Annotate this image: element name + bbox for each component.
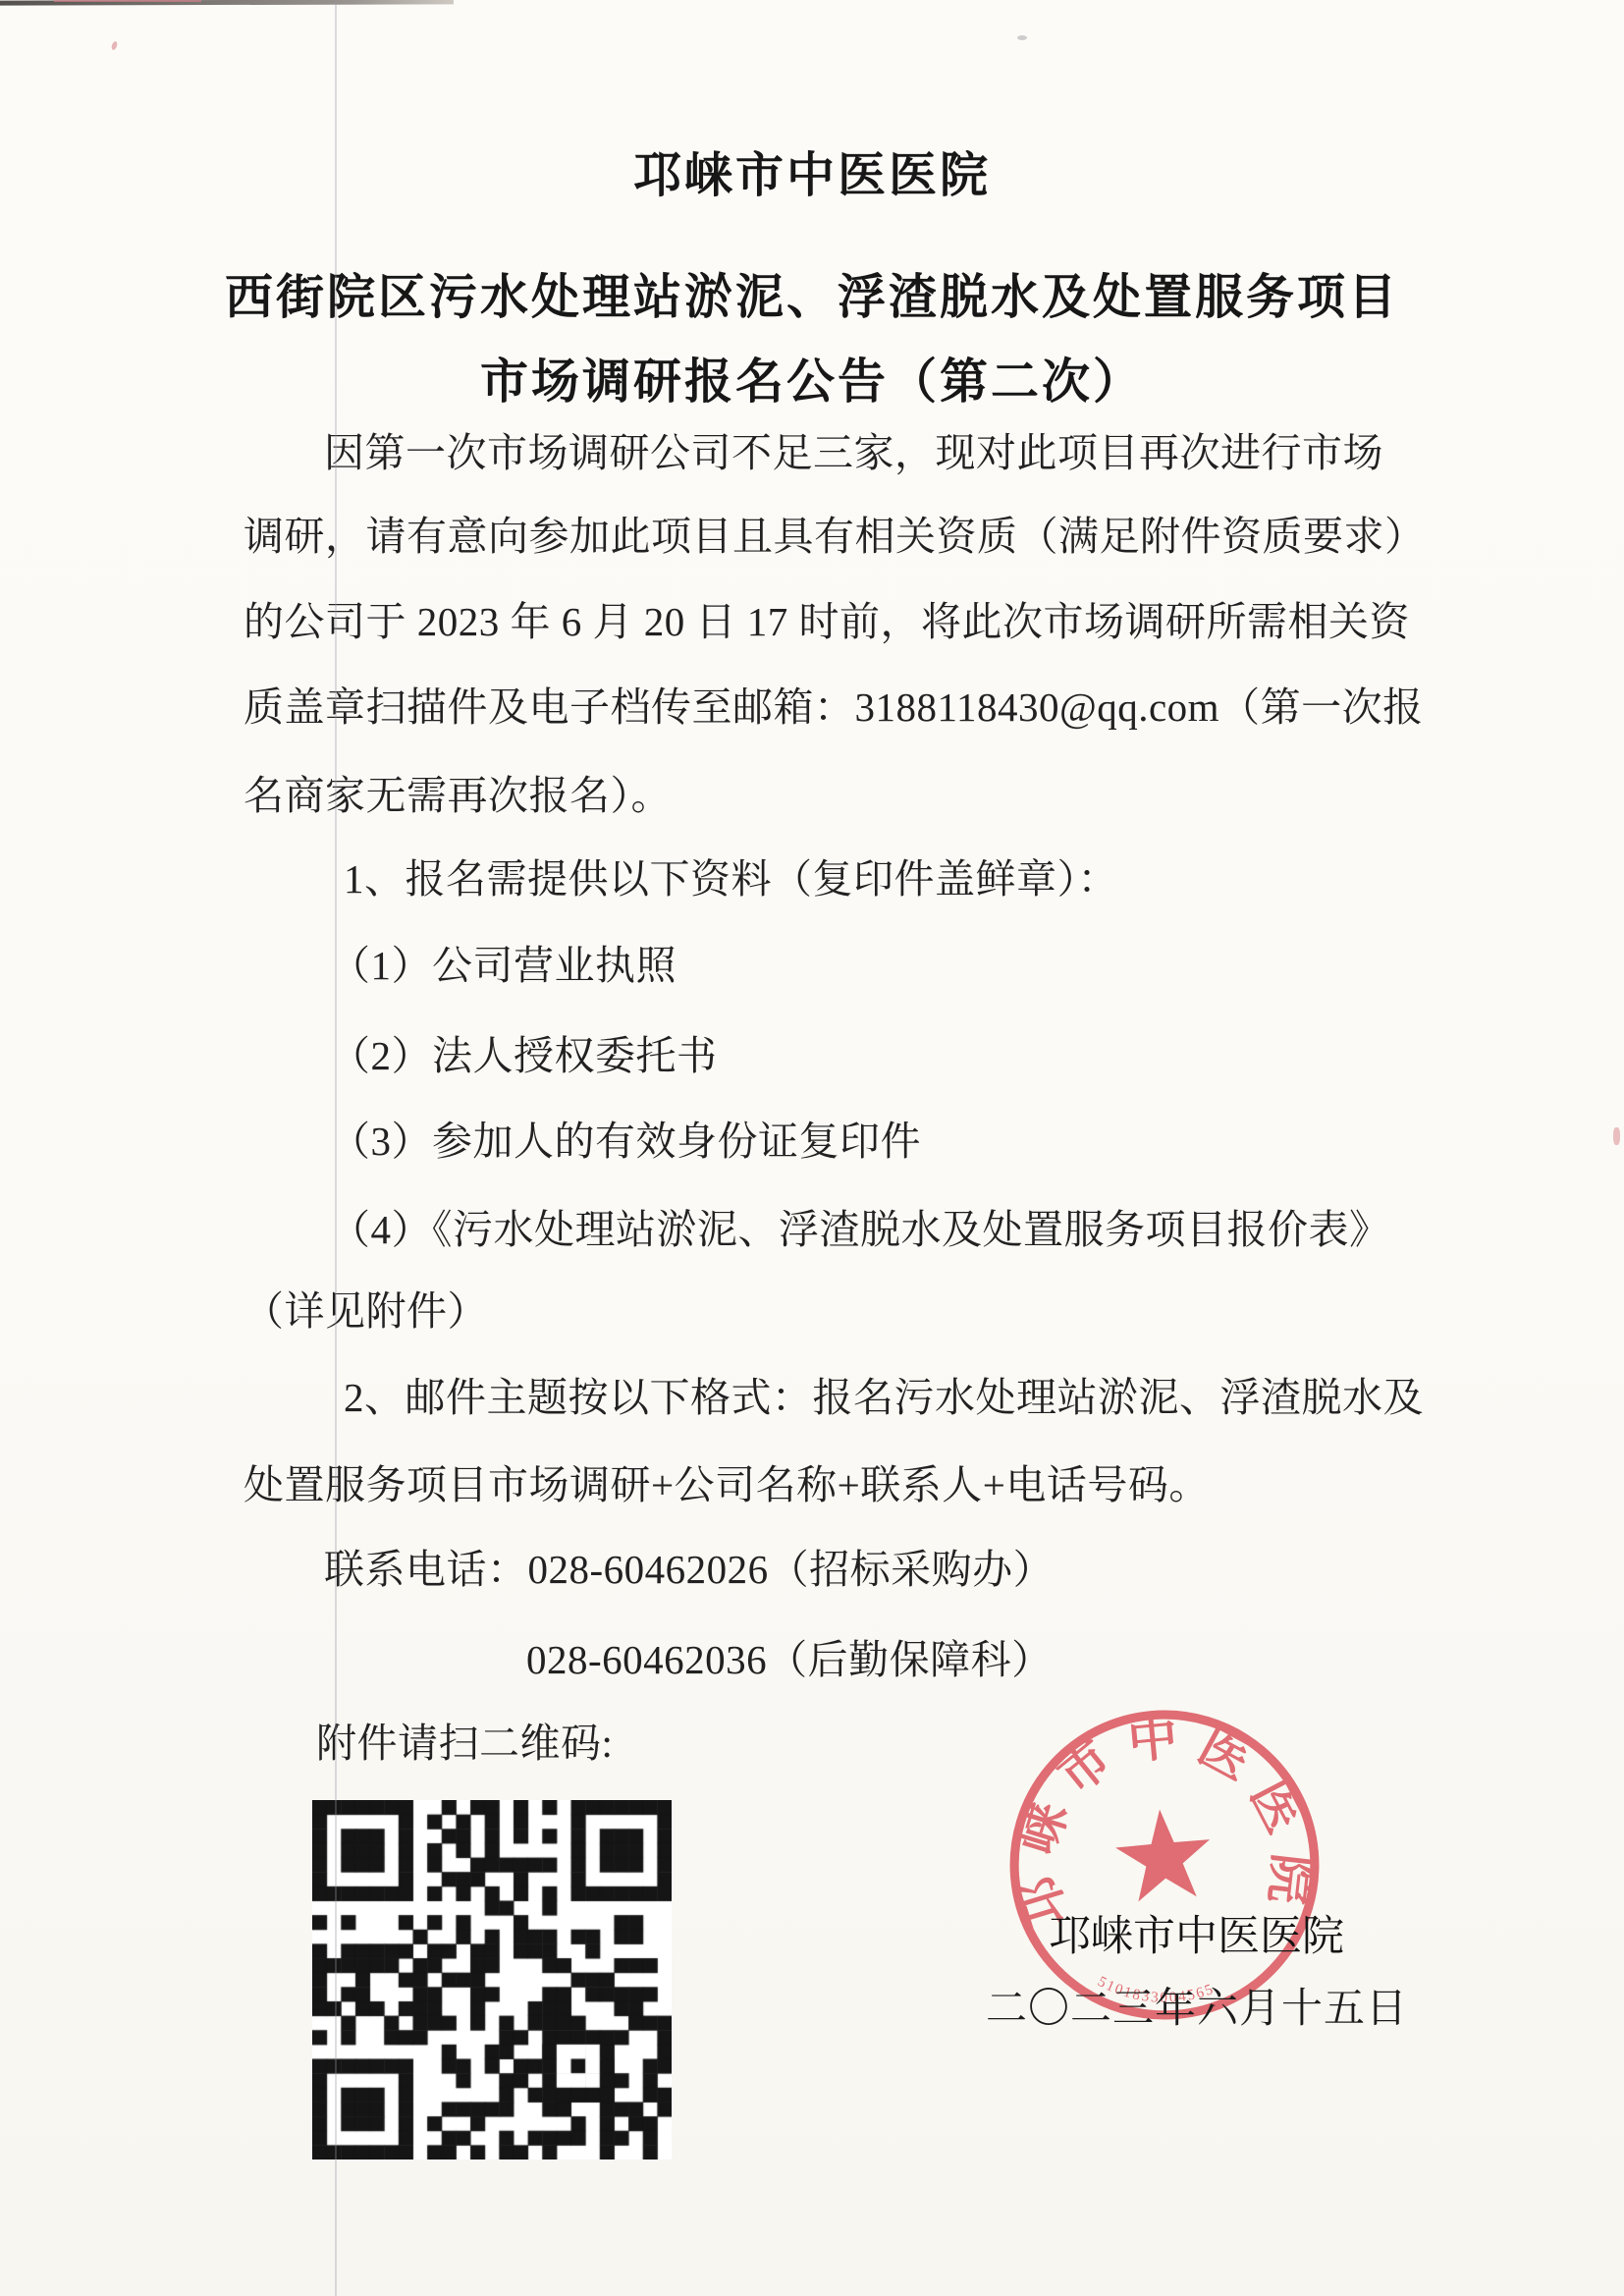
- sub-item-2: （2）法人授权委托书: [330, 1023, 718, 1081]
- paragraph1-line: 的公司于 2023 年 6 月 20 日 17 时前，将此次市场调研所需相关资: [244, 589, 1410, 647]
- scan-speck: [1613, 1127, 1620, 1145]
- qr-code: [312, 1800, 672, 2159]
- sub-item-4: （4）《污水处理站淤泥、浮渣脱水及处置服务项目报价表》: [330, 1197, 1390, 1255]
- scan-speck: [1017, 35, 1027, 40]
- scan-fold-line: [335, 0, 337, 2296]
- list-item-2-cont: 处置服务项目市场调研+公司名称+联系人+电话号码。: [244, 1452, 1210, 1510]
- paragraph1-line: 调研，请有意向参加此项目且具有相关资质（满足附件资质要求）: [244, 504, 1426, 562]
- scanned-announcement-page: 邛崃市中医医院 西街院区污水处理站淤泥、浮渣脱水及处置服务项目 市场调研报名公告…: [0, 0, 1624, 2296]
- sub-item-3: （3）参加人的有效身份证复印件: [330, 1109, 921, 1167]
- document-date: 二〇二三年六月十五日: [986, 1976, 1408, 2035]
- paragraph1-line: 因第一次市场调研公司不足三家，现对此项目再次进行市场: [324, 420, 1383, 478]
- org-title: 邛崃市中医医院: [0, 137, 1624, 206]
- list-item-2: 2、邮件主题按以下格式：报名污水处理站淤泥、浮渣脱水及: [344, 1365, 1424, 1423]
- seal-star-icon: [1112, 1805, 1215, 1903]
- paragraph1-line: 质盖章扫描件及电子档传至邮箱：3188118430@qq.com（第一次报: [244, 675, 1424, 733]
- paragraph1-line: 名商家无需再次报名）。: [244, 763, 672, 821]
- sub-item-4-note: （详见附件）: [244, 1279, 488, 1337]
- scan-artifact-pink-fringe: [54, 0, 201, 2]
- announcement-title: 市场调研报名公告（第二次）: [0, 344, 1624, 412]
- qr-caption: 附件请扫二维码:: [316, 1711, 613, 1769]
- signature-org: 邛崃市中医医院: [1049, 1903, 1344, 1963]
- contact-phone-logistics: 028-60462036（后勤保障科）: [526, 1627, 1053, 1685]
- contact-phone-bidding: 联系电话：028-60462026（招标采购办）: [324, 1537, 1054, 1595]
- project-title: 西街院区污水处理站淤泥、浮渣脱水及处置服务项目: [0, 259, 1624, 328]
- scan-speck: [111, 40, 119, 50]
- sub-item-1: （1）公司营业执照: [330, 933, 677, 991]
- list-item-1: 1、报名需提供以下资料（复印件盖鲜章）：: [344, 847, 1118, 904]
